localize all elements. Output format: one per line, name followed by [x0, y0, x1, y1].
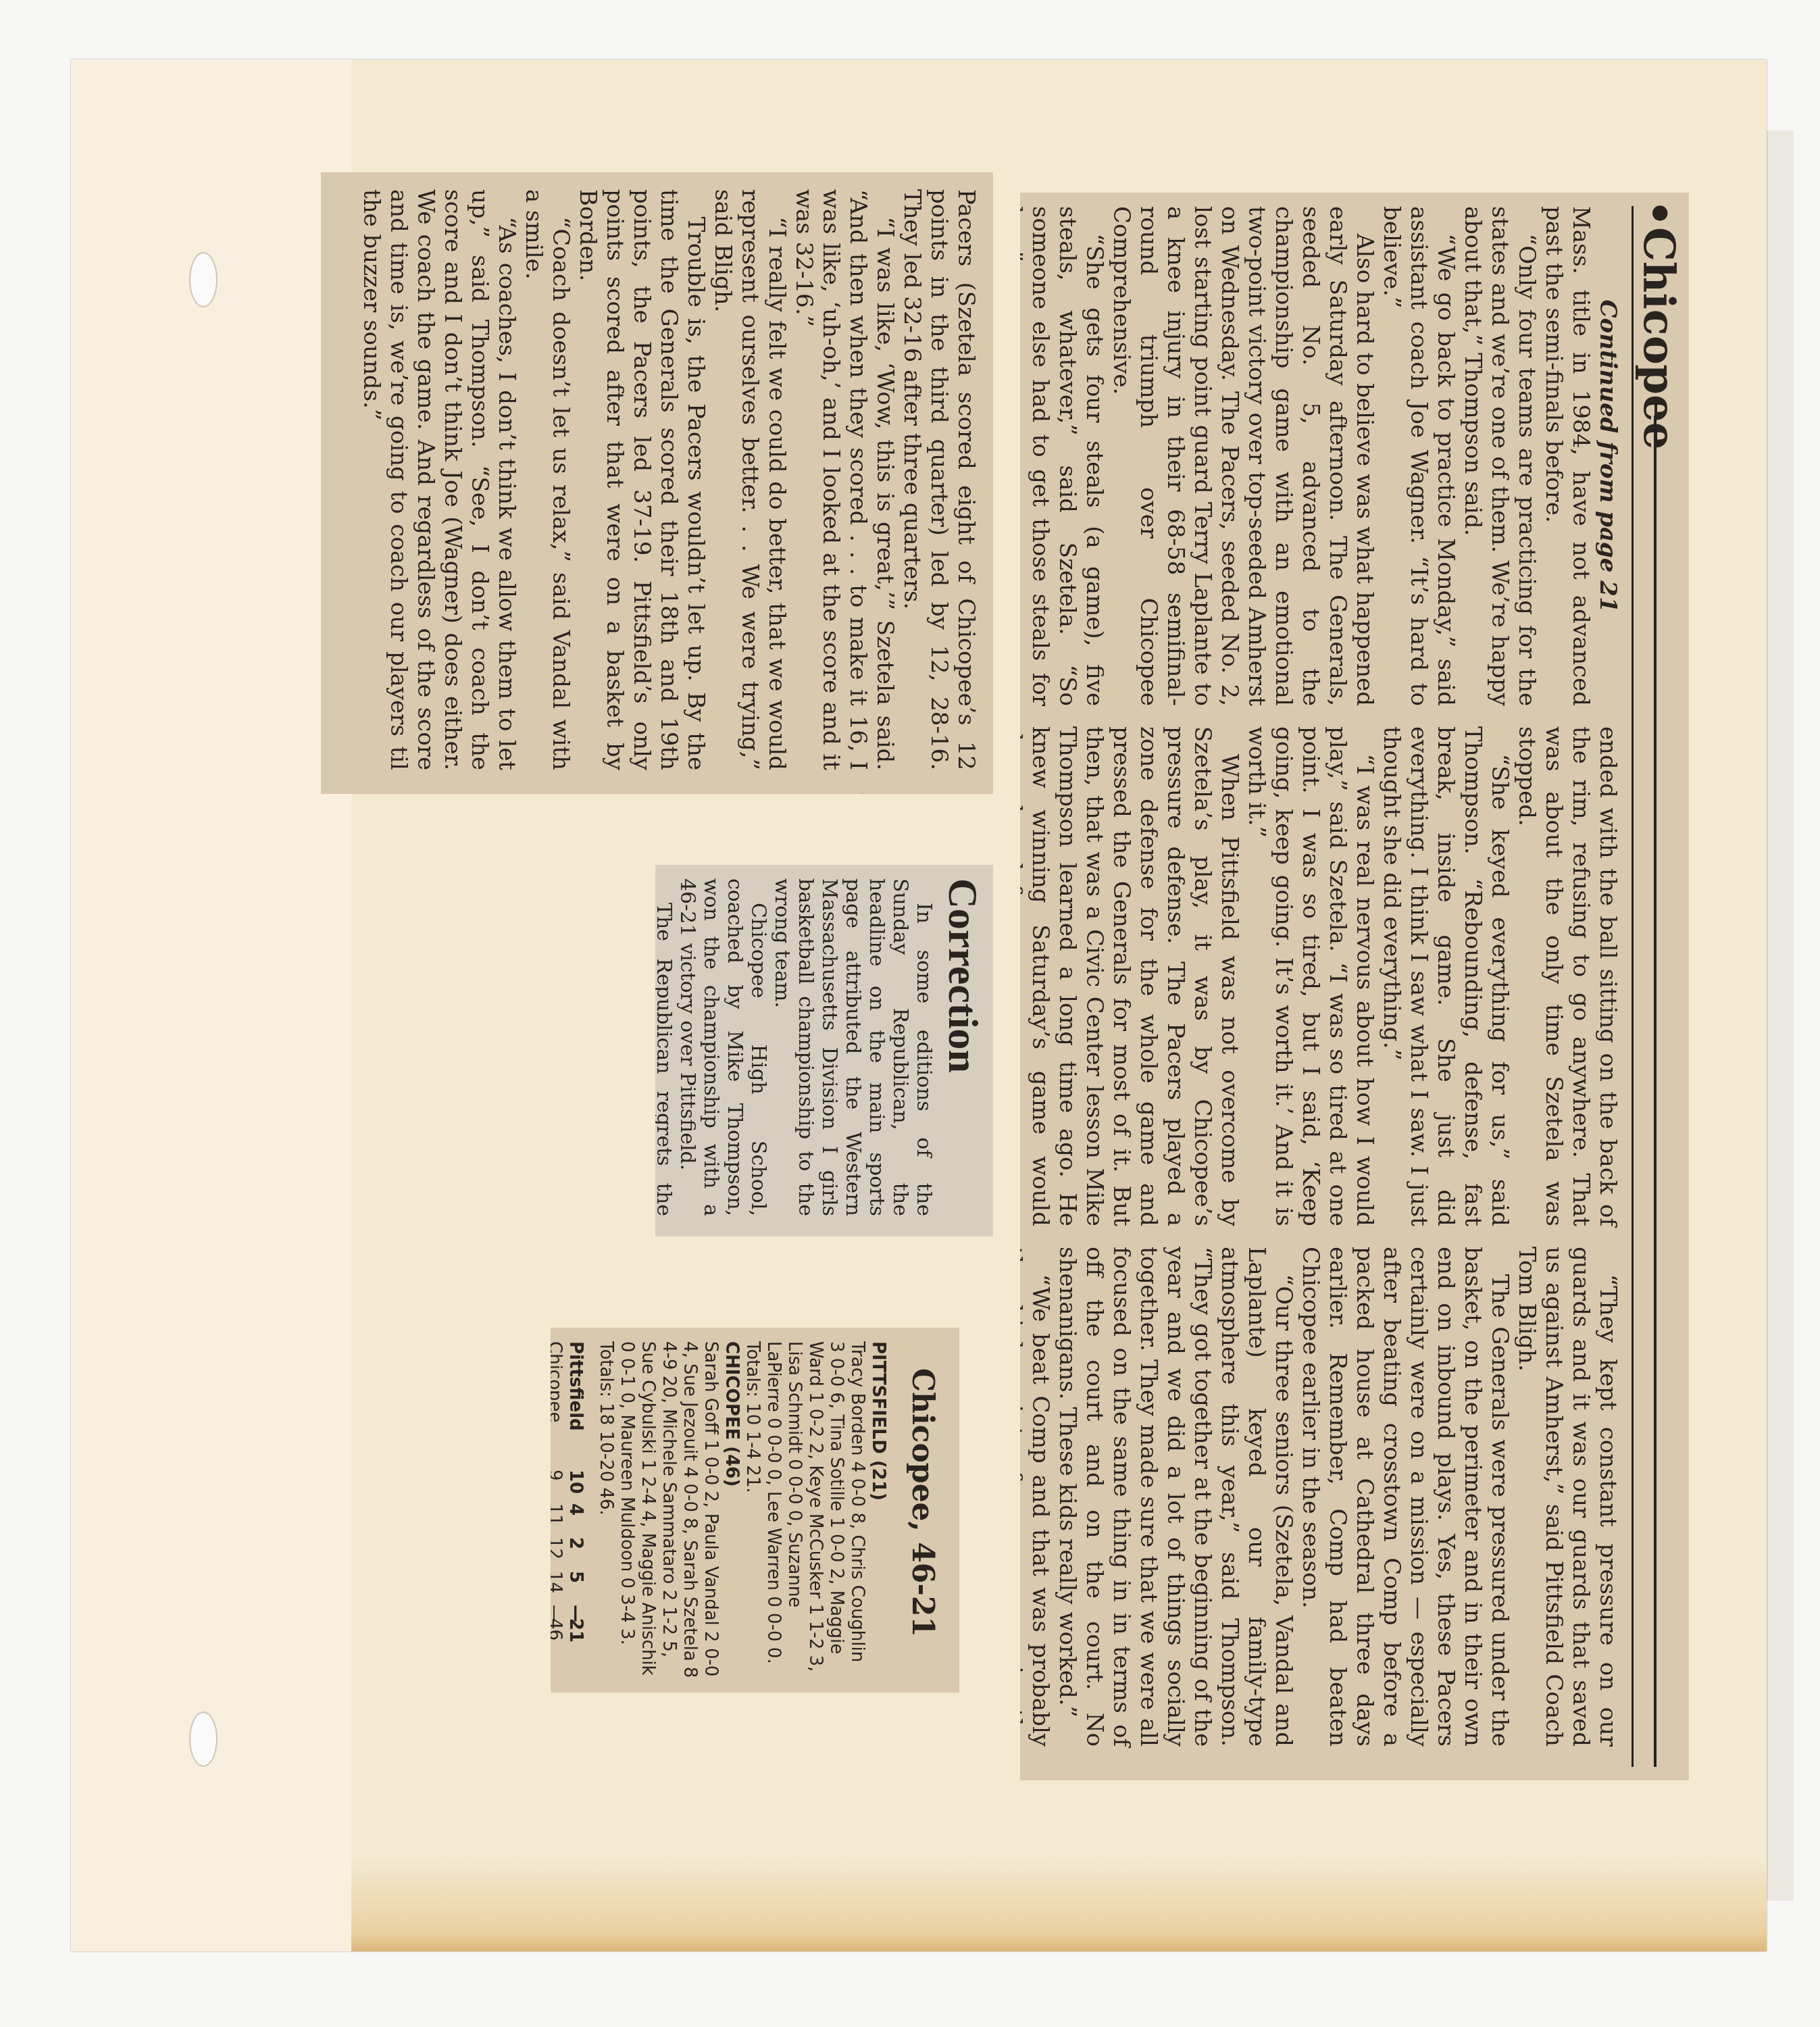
team-name-chicopee: CHICOPEE (46)	[721, 1341, 742, 1679]
paragraph: ended with the ball sitting on the back …	[1513, 726, 1621, 1226]
paragraph: Pacers (Szetela scored eight of Chicopee…	[899, 189, 980, 770]
continuation-column: Pacers (Szetela scored eight of Chicopee…	[331, 189, 980, 770]
paragraph: The Republican regrets the error.	[655, 878, 676, 1216]
continuation-clipping: Pacers (Szetela scored eight of Chicopee…	[321, 172, 993, 794]
paragraph: Chicopee High School, coached by Mike Th…	[676, 878, 770, 1216]
paragraph: “Our three seniors (Szetela, Vandal and …	[1054, 1247, 1297, 1747]
paragraph: “She keyed everything for us,” said Thom…	[1378, 726, 1513, 1226]
linescore-row-pittsfield: Pittsfield 10 4 2 5 — 21	[565, 1341, 586, 1679]
headline-rule	[1654, 416, 1657, 1767]
article-headline: •Chicopee	[1635, 199, 1682, 450]
paragraph: “We beat Comp and that was probably the …	[1020, 1247, 1054, 1747]
paragraph: “I was real nervous about how I would pl…	[1243, 726, 1378, 1226]
q4: 14	[551, 1571, 565, 1605]
column-rule	[1632, 206, 1634, 1767]
linescore-team: Chicopee	[551, 1341, 565, 1470]
q3: 12	[551, 1537, 565, 1571]
paragraph: “They kept constant pressure on our guar…	[1513, 1247, 1621, 1747]
article-column-3: “They kept constant pressure on our guar…	[1027, 1247, 1621, 1747]
box-score-clipping: Chicopee, 46-21 PITTSFIELD (21) Tracy Bo…	[551, 1328, 959, 1693]
q2: 4	[565, 1503, 586, 1537]
linescore-team: Pittsfield	[565, 1341, 586, 1470]
paragraph: Mass. title in 1984, have not advanced p…	[1540, 206, 1594, 706]
q1: 10	[565, 1470, 586, 1503]
plastic-sleeve-edge	[1767, 130, 1794, 1901]
paragraph: For the Generals, the buzzer couldn’t ha…	[926, 793, 980, 794]
q1: 9	[551, 1470, 565, 1503]
correction-headline: Correction	[938, 878, 986, 1073]
linescore-row-chicopee: Chicopee 9 11 12 14 — 46	[551, 1341, 565, 1679]
binder-hole-bottom	[189, 1711, 218, 1767]
paragraph: When Pittsfield was not overcome by Szet…	[1020, 726, 1243, 1226]
team-line-chicopee: Sarah Goff 1 0-0 2, Paula Vandal 2 0-0 4…	[595, 1341, 721, 1679]
correction-body: In some editions of the Sunday Republica…	[665, 878, 936, 1216]
water-stain	[351, 1857, 1767, 1951]
paragraph: Also hard to believe was what happened e…	[1108, 206, 1378, 706]
paragraph: “I was like, ‘Wow, this is great,’” Szet…	[790, 189, 899, 770]
paragraph: “It’s too bad we couldn’t have gone out …	[817, 793, 926, 794]
article-column-1: Continued from page 21 Mass. title in 19…	[1027, 206, 1621, 706]
page-binding-strip	[71, 59, 351, 1951]
team-line-pittsfield: Tracy Borden 4 0-0 8, Chris Coughlin 3 0…	[742, 1341, 867, 1679]
box-score-body: PITTSFIELD (21) Tracy Borden 4 0-0 8, Ch…	[551, 1341, 888, 1679]
q3: 2	[565, 1537, 586, 1571]
paragraph: “Only four teams are practicing for the …	[1459, 206, 1540, 706]
correction-clipping: Correction In some editions of the Sunda…	[655, 865, 993, 1236]
paragraph: The Generals were pressured under the ba…	[1297, 1247, 1513, 1747]
paragraph: “Coach doesn’t let us relax,” said Vanda…	[520, 189, 574, 770]
paragraph: “As coaches, I don’t think we allow them…	[358, 189, 520, 770]
paragraph: “We go back to practice Monday,” said as…	[1378, 206, 1459, 706]
team-name-pittsfield: PITTSFIELD (21)	[867, 1341, 888, 1679]
continued-kicker: Continued from page 21	[1594, 206, 1621, 706]
paragraph: Trouble is, the Pacers wouldn’t let up. …	[574, 189, 709, 770]
paragraph: “I really felt we could do better, that …	[709, 189, 790, 770]
main-article-clipping: •Chicopee Continued from page 21 Mass. t…	[1020, 193, 1689, 1780]
article-column-2: ended with the ball sitting on the back …	[1027, 726, 1621, 1226]
binder-hole-top	[189, 252, 218, 307]
q2: 11	[551, 1503, 565, 1537]
paragraph: In some editions of the Sunday Republica…	[770, 878, 936, 1216]
box-score-headline: Chicopee, 46-21	[899, 1368, 946, 1637]
paragraph: “She gets four steals (a game), five ste…	[1020, 206, 1108, 706]
q4: 5	[565, 1571, 586, 1605]
total: 21	[565, 1618, 586, 1643]
total: 46	[551, 1618, 565, 1641]
